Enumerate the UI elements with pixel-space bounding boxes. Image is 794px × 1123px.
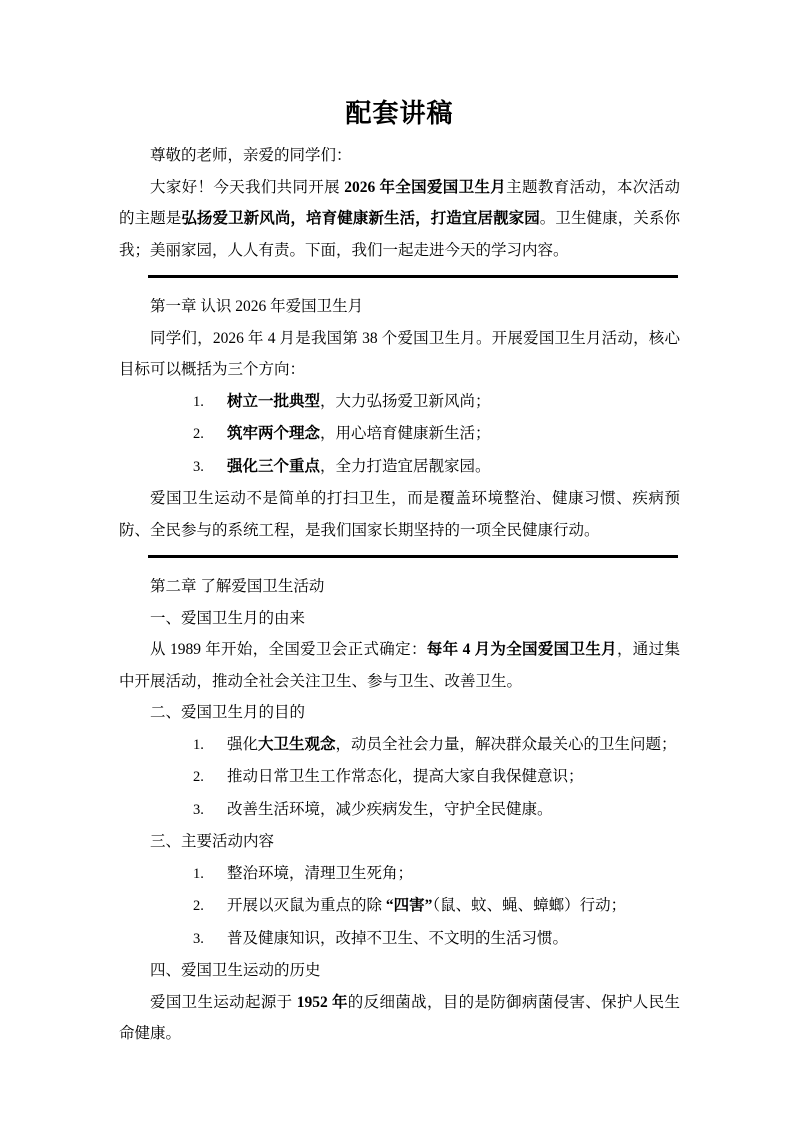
text-run-bold: 强化三个重点: [227, 458, 320, 475]
list-item: 3.普及健康知识，改掉不卫生、不文明的生活习惯。: [119, 923, 680, 956]
text-run: 普及健康知识，改掉不卫生、不文明的生活习惯。: [227, 930, 568, 947]
text-run-bold: 筑牢两个理念: [227, 425, 320, 442]
paragraph: 爱国卫生运动起源于 1952 年的反细菌战，目的是防御病菌侵害、保护人民生命健康…: [119, 987, 680, 1050]
text-run: 一、爱国卫生月的由来: [150, 610, 305, 627]
text-run: 爱国卫生运动不是简单的打扫卫生，而是覆盖环境整治、健康习惯、疾病预防、全民参与的…: [119, 490, 680, 539]
list-item: 2.筑牢两个理念，用心培育健康新生活；: [119, 418, 680, 451]
paragraph: 三、主要活动内容: [119, 826, 680, 858]
text-run: （鼠、蚊、蝇、蟑螂）行动；: [432, 897, 626, 914]
list-item-number: 1.: [193, 387, 227, 419]
text-run: ，全力打造宜居靓家园。: [320, 458, 491, 475]
list-item-number: 1.: [193, 859, 227, 891]
text-run-bold: 1952 年: [297, 994, 348, 1011]
list-item: 3.改善生活环境，减少疾病发生，守护全民健康。: [119, 794, 680, 827]
text-run-bold: 大卫生观念: [258, 736, 336, 753]
paragraph: 一、爱国卫生月的由来: [119, 603, 680, 635]
document-page: 配套讲稿 尊敬的老师，亲爱的同学们：大家好！今天我们共同开展 2026 年全国爱…: [0, 0, 794, 1123]
text-run: 尊敬的老师，亲爱的同学们：: [150, 147, 352, 164]
text-run: 整治环境，清理卫生死角；: [227, 865, 413, 882]
text-run-bold: 弘扬爱卫新风尚，培育健康新生活，打造宜居靓家园: [181, 210, 539, 227]
list-item-number: 3.: [193, 795, 227, 827]
list-item-number: 2.: [193, 891, 227, 923]
list-item-number: 1.: [193, 730, 227, 762]
list-item: 1.强化大卫生观念，动员全社会力量，解决群众最关心的卫生问题；: [119, 729, 680, 762]
paragraph: 爱国卫生运动不是简单的打扫卫生，而是覆盖环境整治、健康习惯、疾病预防、全民参与的…: [119, 483, 680, 546]
list-item: 2.推动日常卫生工作常态化，提高大家自我保健意识；: [119, 761, 680, 794]
text-run: 第一章 认识 2026 年爱国卫生月: [150, 298, 363, 315]
text-run: 开展以灭鼠为重点的除: [227, 897, 386, 914]
section-divider: [148, 555, 678, 558]
list-item: 1.整治环境，清理卫生死角；: [119, 858, 680, 891]
text-run: ，用心培育健康新生活；: [320, 425, 491, 442]
list-item-number: 3.: [193, 924, 227, 956]
text-run: ，大力弘扬爱卫新风尚；: [320, 393, 491, 410]
document-body: 尊敬的老师，亲爱的同学们：大家好！今天我们共同开展 2026 年全国爱国卫生月主…: [119, 140, 680, 1050]
text-run: 爱国卫生运动起源于: [150, 994, 297, 1011]
list-item-number: 2.: [193, 419, 227, 451]
text-run: 同学们，2026 年 4 月是我国第 38 个爱国卫生月。开展爱国卫生月活动，核…: [119, 330, 680, 379]
text-run: 改善生活环境，减少疾病发生，守护全民健康。: [227, 801, 553, 818]
text-run: 第二章 了解爱国卫生活动: [150, 578, 324, 595]
text-run-bold: 每年 4 月为全国爱国卫生月: [427, 641, 617, 658]
paragraph: 二、爱国卫生月的目的: [119, 697, 680, 729]
text-run-bold: “四害”: [386, 897, 433, 914]
paragraph: 四、爱国卫生运动的历史: [119, 955, 680, 987]
paragraph: 第一章 认识 2026 年爱国卫生月: [119, 291, 680, 323]
list-item: 3.强化三个重点，全力打造宜居靓家园。: [119, 451, 680, 484]
text-run: ，动员全社会力量，解决群众最关心的卫生问题；: [336, 736, 677, 753]
text-run: 推动日常卫生工作常态化，提高大家自我保健意识；: [227, 768, 584, 785]
text-run: 三、主要活动内容: [150, 833, 274, 850]
section-divider: [148, 275, 678, 278]
paragraph: 尊敬的老师，亲爱的同学们：: [119, 140, 680, 172]
paragraph: 第二章 了解爱国卫生活动: [119, 571, 680, 603]
text-run: 二、爱国卫生月的目的: [150, 704, 305, 721]
text-run: 四、爱国卫生运动的历史: [150, 962, 321, 979]
text-run-bold: 2026 年全国爱国卫生月: [344, 179, 506, 196]
paragraph: 大家好！今天我们共同开展 2026 年全国爱国卫生月主题教育活动，本次活动的主题…: [119, 172, 680, 267]
text-run: 从 1989 年开始，全国爱卫会正式确定：: [150, 641, 427, 658]
list-item-number: 2.: [193, 762, 227, 794]
list-item: 2.开展以灭鼠为重点的除 “四害”（鼠、蚊、蝇、蟑螂）行动；: [119, 890, 680, 923]
list-item: 1.树立一批典型，大力弘扬爱卫新风尚；: [119, 386, 680, 419]
list-item-number: 3.: [193, 452, 227, 484]
paragraph: 从 1989 年开始，全国爱卫会正式确定：每年 4 月为全国爱国卫生月，通过集中…: [119, 634, 680, 697]
document-title: 配套讲稿: [119, 96, 680, 132]
text-run: 大家好！今天我们共同开展: [150, 179, 344, 196]
text-run: 强化: [227, 736, 258, 753]
paragraph: 同学们，2026 年 4 月是我国第 38 个爱国卫生月。开展爱国卫生月活动，核…: [119, 323, 680, 386]
text-run-bold: 树立一批典型: [227, 393, 320, 410]
